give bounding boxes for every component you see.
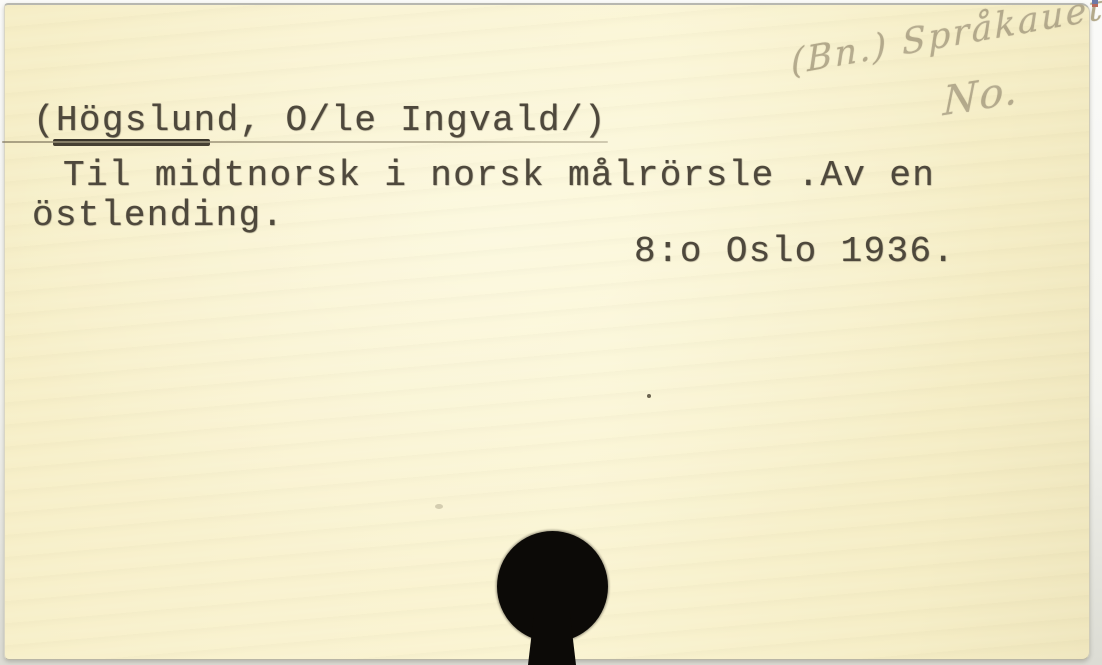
title-line-1: Til midtnorsk i norsk målrörsle .Av en: [63, 156, 935, 196]
handwritten-number: No.: [943, 67, 1020, 126]
scan-background: (Bn.) Språkauet No. (Högslund, O/le Ingv…: [0, 0, 1102, 665]
author-heading: (Högslund, O/le Ingvald/): [33, 101, 607, 141]
punch-hole-stem: [528, 612, 576, 665]
title-line-2: östlending.: [32, 196, 285, 236]
handwritten-annotation: (Bn.) Språkauet: [790, 0, 1102, 83]
ink-speck: [647, 394, 651, 398]
ink-speck: [435, 504, 443, 509]
imprint-line: 8:o Oslo 1936.: [634, 232, 955, 272]
scan-edge-artifact: [1092, 0, 1098, 9]
author-underline: [53, 139, 210, 146]
